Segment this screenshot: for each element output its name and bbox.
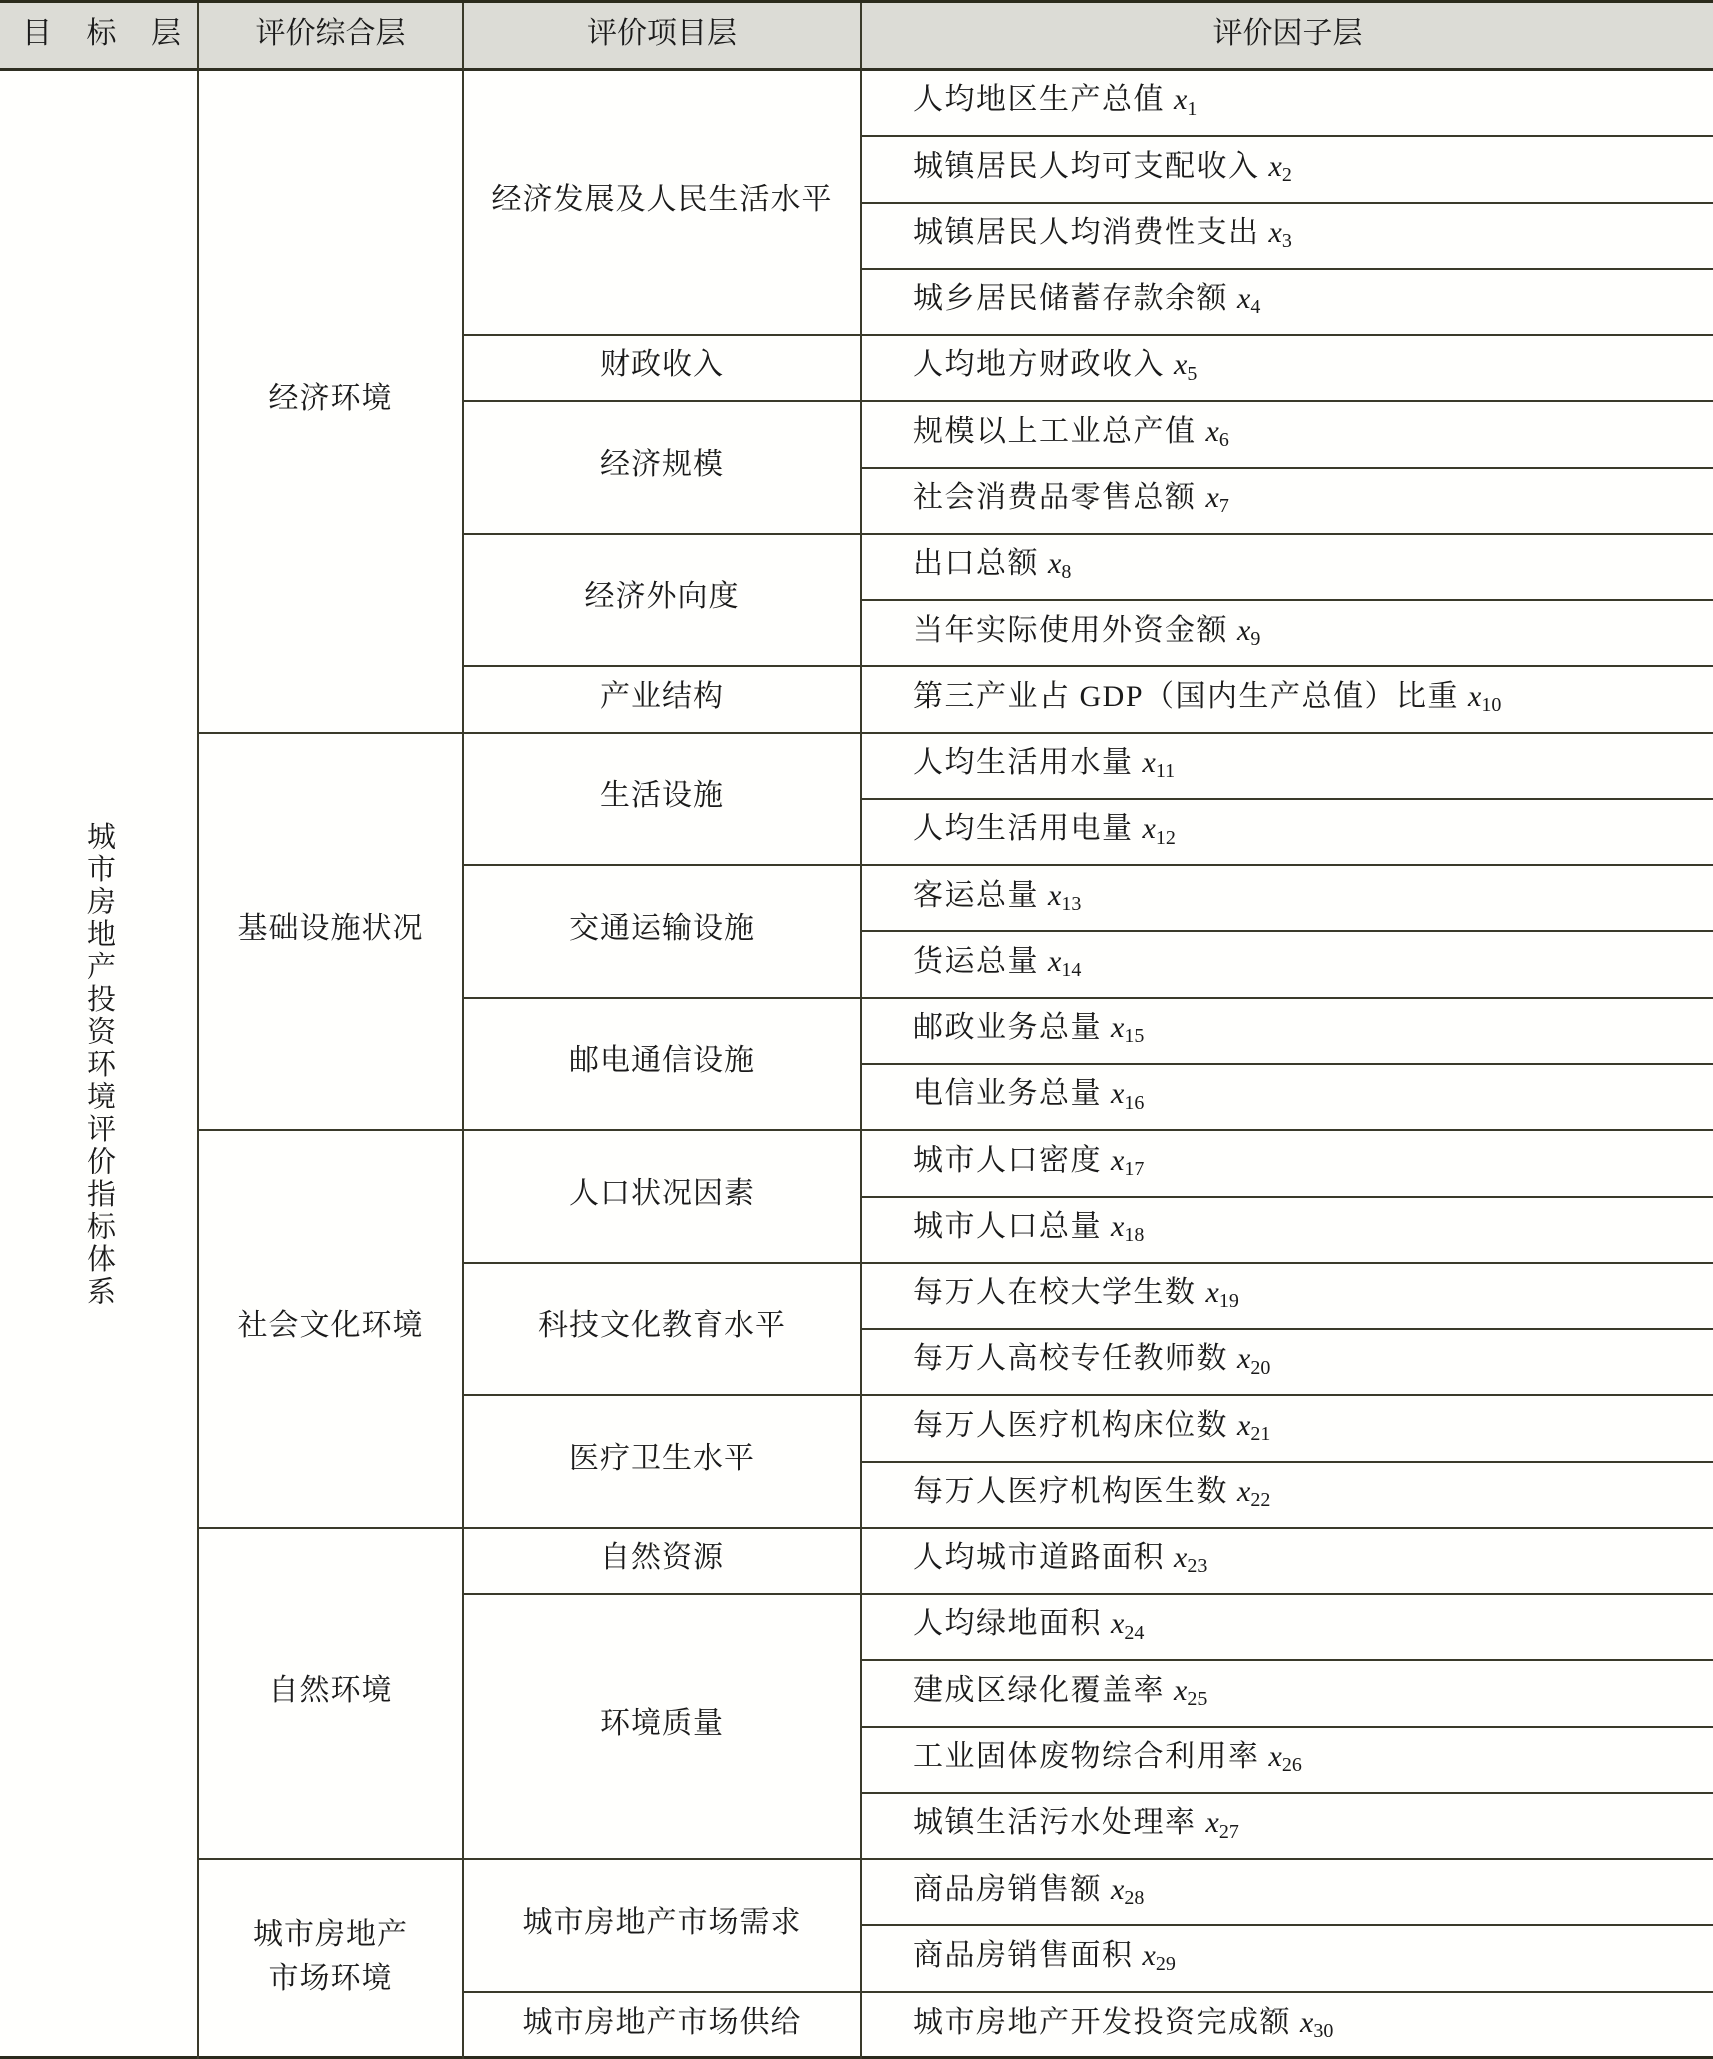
factor-variable: x: [1300, 2004, 1313, 2042]
factor-index: 5: [1187, 362, 1197, 387]
item-cell: 医疗卫生水平: [464, 1396, 862, 1529]
factor-index: 14: [1061, 958, 1081, 983]
factor-label: 人均绿地面积: [913, 1605, 1102, 1643]
factor-index: 29: [1156, 1952, 1176, 1977]
factor-index: 27: [1219, 1820, 1239, 1845]
factor-variable: x: [1237, 1340, 1250, 1378]
factor-label: 城镇居民人均消费性支出: [913, 214, 1260, 252]
factor-cell: 人均生活用水量x11: [862, 734, 1713, 800]
factor-index: 30: [1313, 2019, 1333, 2044]
factor-label: 客运总量: [913, 877, 1039, 915]
category-label-line: 城市房地产: [253, 1913, 408, 1957]
factor-label: 当年实际使用外资金额: [913, 612, 1228, 650]
factor-cell: 货运总量x14: [862, 932, 1713, 998]
factor-index: 8: [1061, 560, 1071, 585]
factor-index: 12: [1156, 826, 1176, 851]
header-factor-layer: 评价因子层: [862, 3, 1713, 71]
factor-label: 城市人口密度: [913, 1142, 1102, 1180]
factor-label: 出口总额: [913, 545, 1039, 583]
factor-variable: x: [1269, 1738, 1282, 1776]
factor-label: 货运总量: [913, 943, 1039, 981]
factor-variable: x: [1174, 346, 1187, 384]
factor-variable: x: [1111, 1009, 1124, 1047]
category-natural-environment: 自然环境: [199, 1529, 464, 1860]
factor-index: 13: [1061, 892, 1081, 917]
factor-label: 电信业务总量: [913, 1075, 1102, 1113]
factor-index: 25: [1187, 1687, 1207, 1712]
factor-cell: 城市人口密度x17: [862, 1131, 1713, 1197]
target-cell: 城市房地产投资环境评价指标体系: [0, 71, 199, 2059]
factor-variable: x: [1206, 479, 1219, 517]
factor-index: 17: [1124, 1157, 1144, 1182]
factor-label: 每万人高校专任教师数: [913, 1340, 1228, 1378]
factor-index: 18: [1124, 1223, 1144, 1248]
header-target-char: 标: [87, 15, 117, 53]
factor-variable: x: [1111, 1871, 1124, 1909]
factor-label: 人均生活用水量: [913, 744, 1134, 782]
factor-variable: x: [1143, 1937, 1156, 1975]
item-cell: 邮电通信设施: [464, 999, 862, 1132]
factor-variable: x: [1237, 280, 1250, 318]
item-cell: 自然资源: [464, 1529, 862, 1595]
factor-cell: 电信业务总量x16: [862, 1065, 1713, 1131]
factor-index: 3: [1282, 229, 1292, 254]
item-cell: 经济发展及人民生活水平: [464, 71, 862, 336]
factor-label: 每万人医疗机构床位数: [913, 1407, 1228, 1445]
category-infrastructure: 基础设施状况: [199, 734, 464, 1132]
factor-label: 商品房销售额: [913, 1871, 1102, 1909]
factor-cell: 城市房地产开发投资完成额x30: [862, 1993, 1713, 2059]
factor-label: 社会消费品零售总额: [913, 479, 1197, 517]
factor-index: 24: [1124, 1621, 1144, 1646]
factor-cell: 城镇居民人均消费性支出x3: [862, 204, 1713, 270]
factor-variable: x: [1143, 810, 1156, 848]
factor-index: 2: [1282, 163, 1292, 188]
factor-label: 工业固体废物综合利用率: [913, 1738, 1260, 1776]
factor-variable: x: [1048, 877, 1061, 915]
factor-index: 10: [1481, 693, 1501, 718]
item-cell: 经济外向度: [464, 535, 862, 668]
factor-variable: x: [1206, 1804, 1219, 1842]
category-social-cultural: 社会文化环境: [199, 1131, 464, 1529]
item-cell: 科技文化教育水平: [464, 1264, 862, 1397]
category-real-estate-market: 城市房地产 市场环境: [199, 1860, 464, 2059]
factor-cell: 第三产业占 GDP（国内生产总值）比重x10: [862, 667, 1713, 733]
factor-label: 每万人医疗机构医生数: [913, 1473, 1228, 1511]
item-cell: 城市房地产市场供给: [464, 1993, 862, 2059]
factor-label: 邮政业务总量: [913, 1009, 1102, 1047]
factor-variable: x: [1269, 148, 1282, 186]
item-cell: 生活设施: [464, 734, 862, 867]
factor-variable: x: [1206, 413, 1219, 451]
factor-variable: x: [1048, 545, 1061, 583]
factor-variable: x: [1143, 744, 1156, 782]
factor-label: 建成区绿化覆盖率: [913, 1672, 1165, 1710]
target-label: 城市房地产投资环境评价指标体系: [84, 821, 113, 1309]
factor-variable: x: [1237, 1407, 1250, 1445]
factor-variable: x: [1111, 1605, 1124, 1643]
factor-cell: 人均绿地面积x24: [862, 1595, 1713, 1661]
factor-cell: 建成区绿化覆盖率x25: [862, 1661, 1713, 1727]
factor-cell: 出口总额x8: [862, 535, 1713, 601]
factor-cell: 人均地方财政收入x5: [862, 336, 1713, 402]
factor-index: 23: [1187, 1554, 1207, 1579]
factor-cell: 每万人医疗机构床位数x21: [862, 1396, 1713, 1462]
factor-label: 规模以上工业总产值: [913, 413, 1197, 451]
category-label-line: 市场环境: [269, 1957, 393, 2001]
factor-variable: x: [1206, 1274, 1219, 1312]
item-cell: 环境质量: [464, 1595, 862, 1860]
factor-variable: x: [1174, 81, 1187, 119]
factor-index: 7: [1219, 494, 1229, 519]
factor-label: 城乡居民储蓄存款余额: [913, 280, 1228, 318]
item-cell: 财政收入: [464, 336, 862, 402]
factor-cell: 社会消费品零售总额x7: [862, 469, 1713, 535]
factor-index: 26: [1282, 1753, 1302, 1778]
factor-label: 城市人口总量: [913, 1208, 1102, 1246]
factor-cell: 客运总量x13: [862, 866, 1713, 932]
factor-label: 人均城市道路面积: [913, 1539, 1165, 1577]
factor-label: 人均地方财政收入: [913, 346, 1165, 384]
factor-cell: 人均城市道路面积x23: [862, 1529, 1713, 1595]
factor-cell: 当年实际使用外资金额x9: [862, 601, 1713, 667]
factor-index: 11: [1156, 759, 1175, 784]
item-cell: 交通运输设施: [464, 866, 862, 999]
factor-index: 19: [1219, 1289, 1239, 1314]
factor-label: 人均生活用电量: [913, 810, 1134, 848]
header-target-layer: 目 标 层: [0, 3, 199, 71]
factor-index: 21: [1250, 1422, 1270, 1447]
factor-index: 9: [1250, 627, 1260, 652]
factor-label: 城镇居民人均可支配收入: [913, 148, 1260, 186]
factor-variable: x: [1111, 1208, 1124, 1246]
factor-index: 4: [1250, 295, 1260, 320]
factor-index: 20: [1250, 1356, 1270, 1381]
factor-cell: 人均地区生产总值x1: [862, 71, 1713, 137]
factor-label: 第三产业占 GDP（国内生产总值）比重: [913, 678, 1459, 716]
item-cell: 城市房地产市场需求: [464, 1860, 862, 1993]
factor-index: 6: [1219, 428, 1229, 453]
factor-label: 人均地区生产总值: [913, 81, 1165, 119]
factor-cell: 每万人医疗机构医生数x22: [862, 1463, 1713, 1529]
category-economic-environment: 经济环境: [199, 71, 464, 734]
factor-variable: x: [1048, 943, 1061, 981]
item-cell: 产业结构: [464, 667, 862, 733]
factor-variable: x: [1174, 1672, 1187, 1710]
factor-variable: x: [1111, 1075, 1124, 1113]
factor-variable: x: [1174, 1539, 1187, 1577]
factor-cell: 人均生活用电量x12: [862, 800, 1713, 866]
factor-index: 1: [1187, 97, 1197, 122]
header-category-layer: 评价综合层: [199, 3, 464, 71]
factor-cell: 规模以上工业总产值x6: [862, 402, 1713, 468]
factor-label: 每万人在校大学生数: [913, 1274, 1197, 1312]
header-target-char: 层: [151, 15, 181, 53]
evaluation-index-table: 目 标 层 评价综合层 评价项目层 评价因子层 城市房地产投资环境评价指标体系 …: [0, 0, 1713, 2059]
factor-index: 22: [1250, 1488, 1270, 1513]
factor-cell: 商品房销售面积x29: [862, 1926, 1713, 1992]
header-target-char: 目: [22, 15, 52, 53]
factor-cell: 城乡居民储蓄存款余额x4: [862, 270, 1713, 336]
item-cell: 人口状况因素: [464, 1131, 862, 1264]
factor-label: 商品房销售面积: [913, 1937, 1134, 1975]
factor-label: 城镇生活污水处理率: [913, 1804, 1197, 1842]
factor-variable: x: [1468, 678, 1481, 716]
factor-cell: 城镇生活污水处理率x27: [862, 1794, 1713, 1860]
factor-cell: 邮政业务总量x15: [862, 999, 1713, 1065]
factor-variable: x: [1269, 214, 1282, 252]
item-cell: 经济规模: [464, 402, 862, 535]
factor-index: 15: [1124, 1024, 1144, 1049]
factor-cell: 城市人口总量x18: [862, 1198, 1713, 1264]
factor-cell: 商品房销售额x28: [862, 1860, 1713, 1926]
factor-cell: 每万人高校专任教师数x20: [862, 1330, 1713, 1396]
factor-cell: 工业固体废物综合利用率x26: [862, 1728, 1713, 1794]
factor-variable: x: [1111, 1142, 1124, 1180]
factor-label: 城市房地产开发投资完成额: [913, 2004, 1291, 2042]
factor-variable: x: [1237, 612, 1250, 650]
header-item-layer: 评价项目层: [464, 3, 862, 71]
factor-index: 28: [1124, 1886, 1144, 1911]
factor-cell: 每万人在校大学生数x19: [862, 1264, 1713, 1330]
factor-cell: 城镇居民人均可支配收入x2: [862, 137, 1713, 203]
factor-variable: x: [1237, 1473, 1250, 1511]
factor-index: 16: [1124, 1091, 1144, 1116]
